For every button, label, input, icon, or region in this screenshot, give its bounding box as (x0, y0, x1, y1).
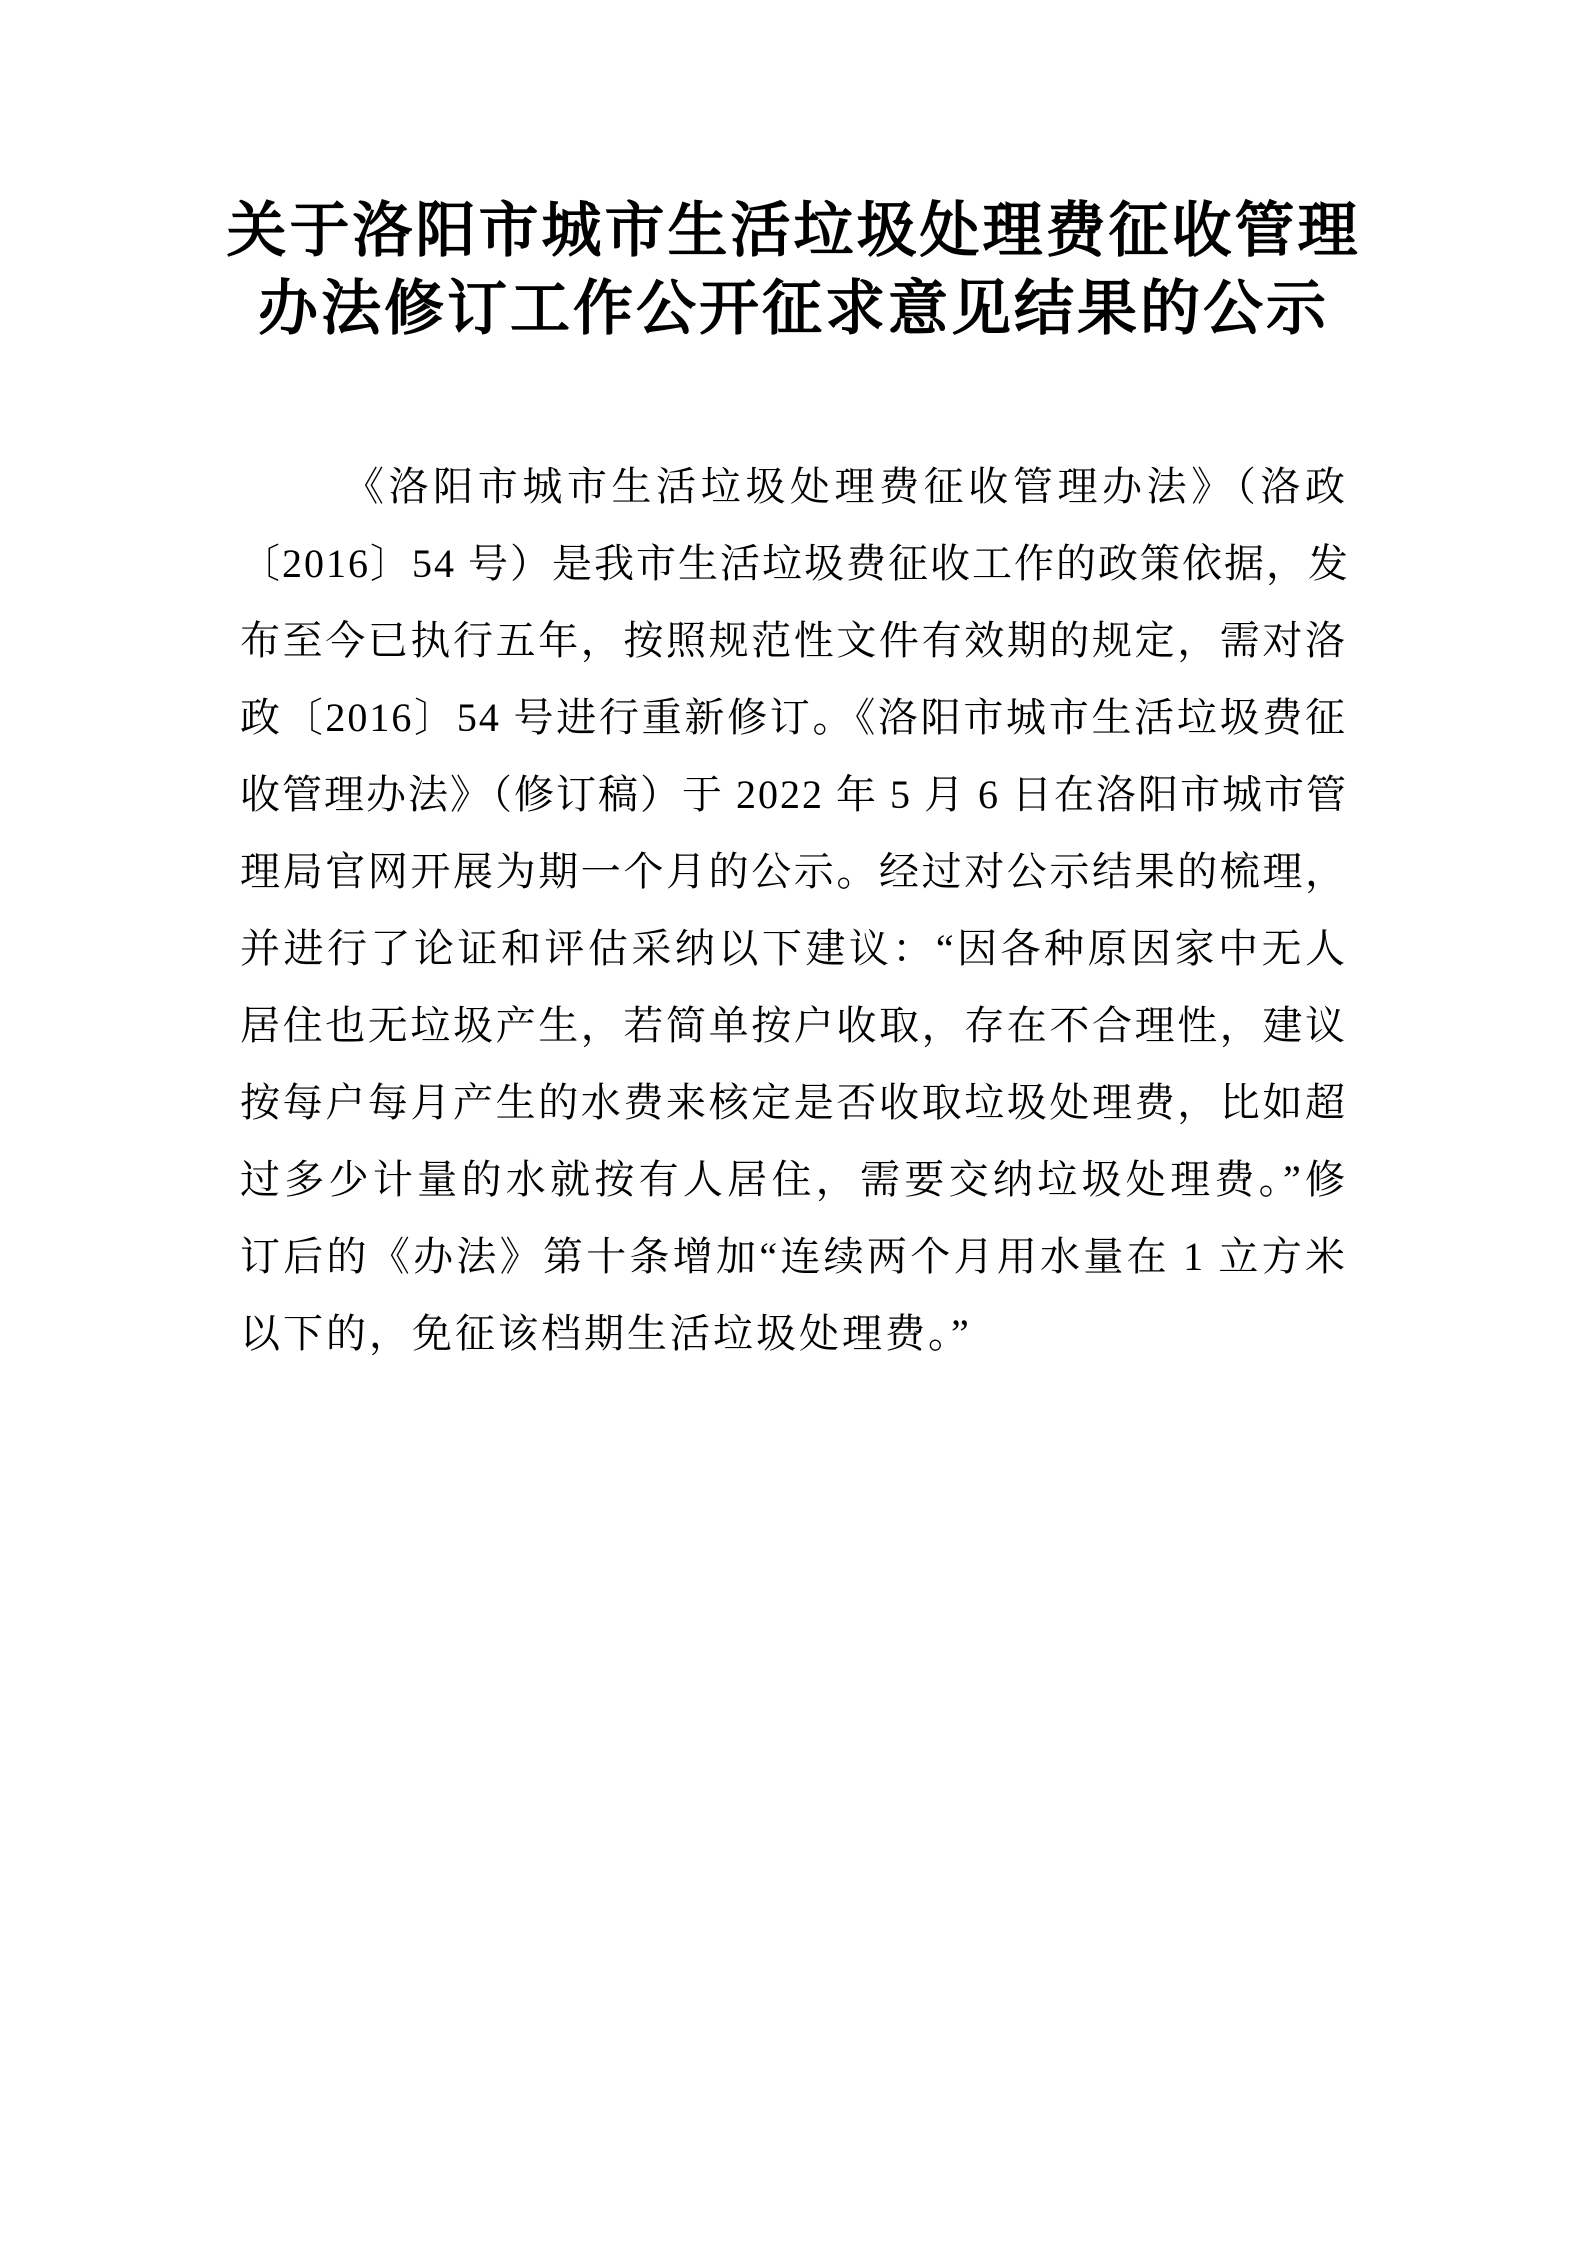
body-line-12: 以下的，免征该档期生活垃圾处理费。” (240, 1295, 1347, 1372)
body-line-1: 《洛阳市城市生活垃圾处理费征收管理办法》（洛政 (240, 448, 1347, 525)
body-line-3: 布至今已执行五年，按照规范性文件有效期的规定，需对洛 (240, 602, 1347, 679)
body-line-11: 订后的《办法》第十条增加“连续两个月用水量在 1 立方米 (240, 1218, 1347, 1295)
body-line-8: 居住也无垃圾产生，若简单按户收取，存在不合理性，建议 (240, 987, 1347, 1064)
title-line-1: 关于洛阳市城市生活垃圾处理费征收管理 (174, 192, 1414, 270)
body-line-4: 政〔2016〕54 号进行重新修订。《洛阳市城市生活垃圾费征 (240, 679, 1347, 756)
body-paragraph: 《洛阳市城市生活垃圾处理费征收管理办法》（洛政 〔2016〕54 号）是我市生活… (240, 448, 1347, 1372)
body-line-5: 收管理办法》（修订稿）于 2022 年 5 月 6 日在洛阳市城市管 (240, 756, 1347, 833)
document-page: 关于洛阳市城市生活垃圾处理费征收管理 办法修订工作公开征求意见结果的公示 《洛阳… (0, 0, 1587, 2245)
title-line-2: 办法修订工作公开征求意见结果的公示 (174, 270, 1414, 348)
body-line-6: 理局官网开展为期一个月的公示。经过对公示结果的梳理， (240, 833, 1347, 910)
body-line-10: 过多少计量的水就按有人居住，需要交纳垃圾处理费。”修 (240, 1141, 1347, 1218)
document-title: 关于洛阳市城市生活垃圾处理费征收管理 办法修订工作公开征求意见结果的公示 (174, 192, 1414, 348)
body-line-7: 并进行了论证和评估采纳以下建议：“因各种原因家中无人 (240, 910, 1347, 987)
body-line-2: 〔2016〕54 号）是我市生活垃圾费征收工作的政策依据，发 (240, 525, 1347, 602)
body-line-9: 按每户每月产生的水费来核定是否收取垃圾处理费，比如超 (240, 1064, 1347, 1141)
